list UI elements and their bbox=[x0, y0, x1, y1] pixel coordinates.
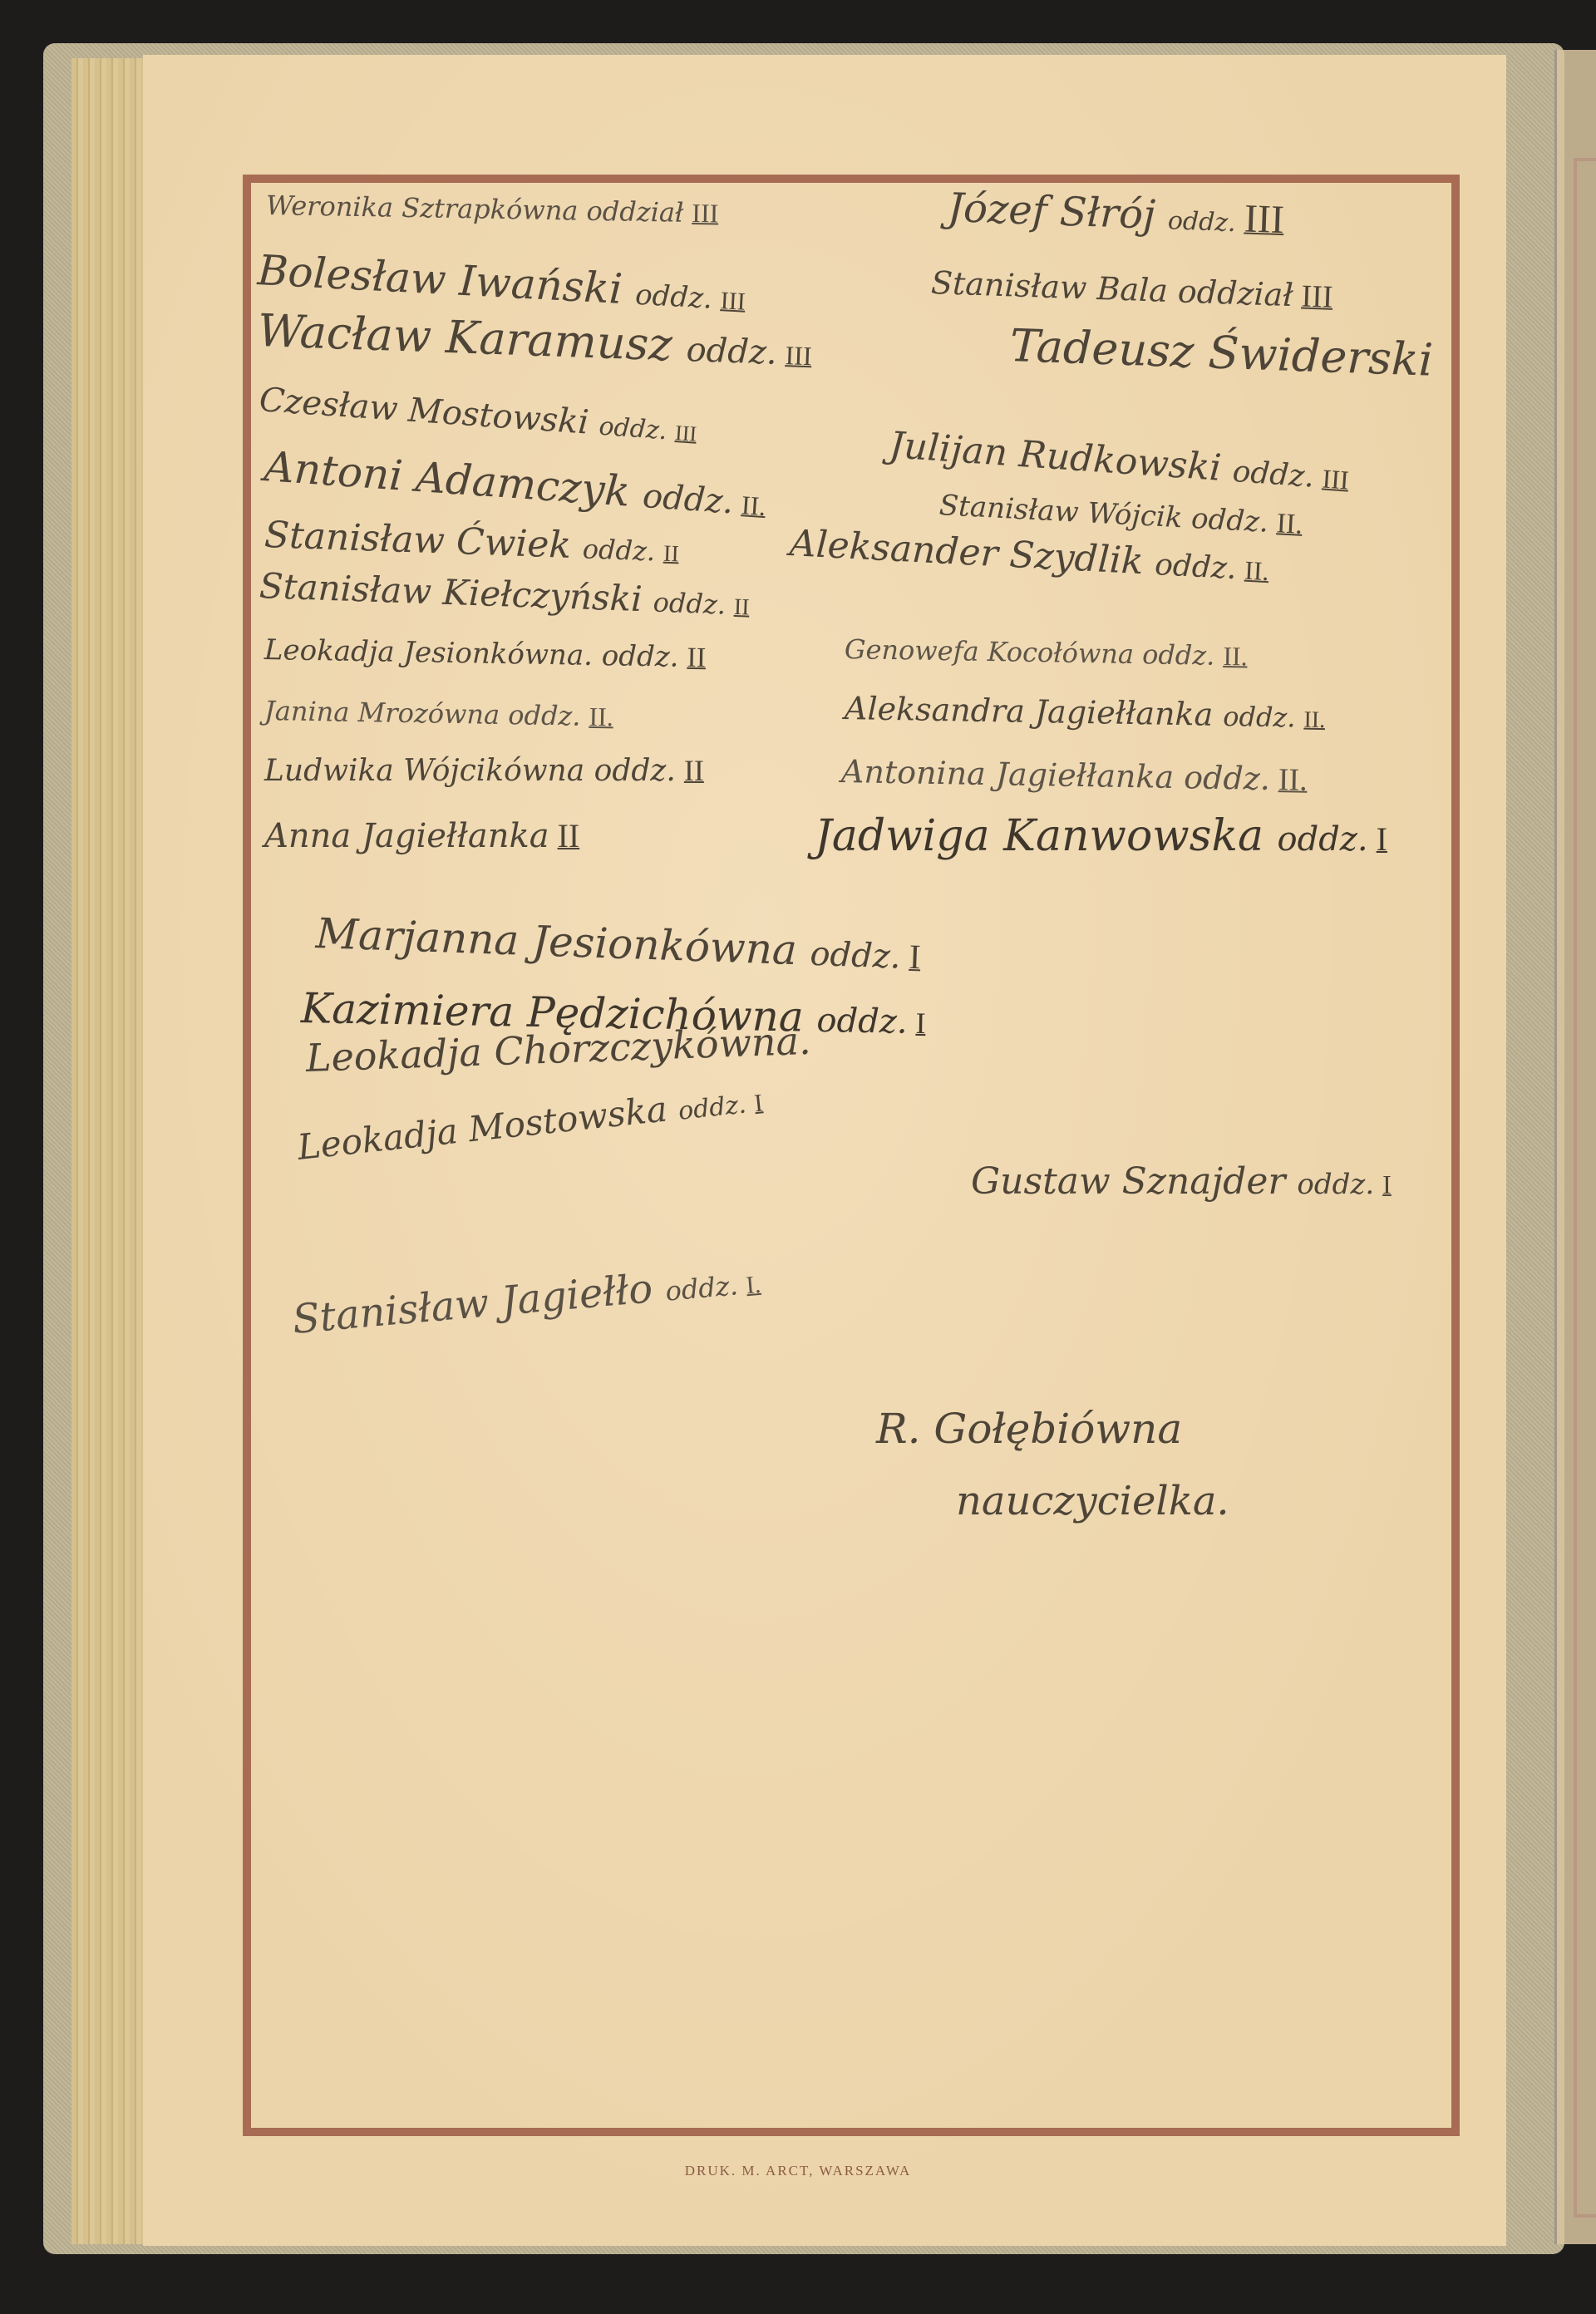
roster-entry: Gustaw Sznajder oddz.I bbox=[971, 1160, 1392, 1203]
roster-entry: Janina Mrozówna oddz.II. bbox=[264, 695, 613, 732]
book-scan: Weronika Sztrapkówna oddziałIII Józef Sł… bbox=[0, 0, 1596, 2314]
roster-entry: Anna JagiełłankaII bbox=[264, 816, 579, 855]
facing-page-frame bbox=[1574, 158, 1596, 2218]
roster-entry: Ludwika Wójcikówna oddz.II bbox=[264, 753, 704, 788]
page-edges bbox=[71, 58, 143, 2244]
teacher-title: nauczycielka. bbox=[956, 1478, 1229, 1524]
printer-imprint: DRUK. M. ARCT, WARSZAWA bbox=[0, 2163, 1596, 2179]
roster-entry: Jadwiga Kanwowska oddz.I bbox=[815, 811, 1387, 861]
teacher-signature: R. Gołębiówna bbox=[876, 1405, 1182, 1453]
